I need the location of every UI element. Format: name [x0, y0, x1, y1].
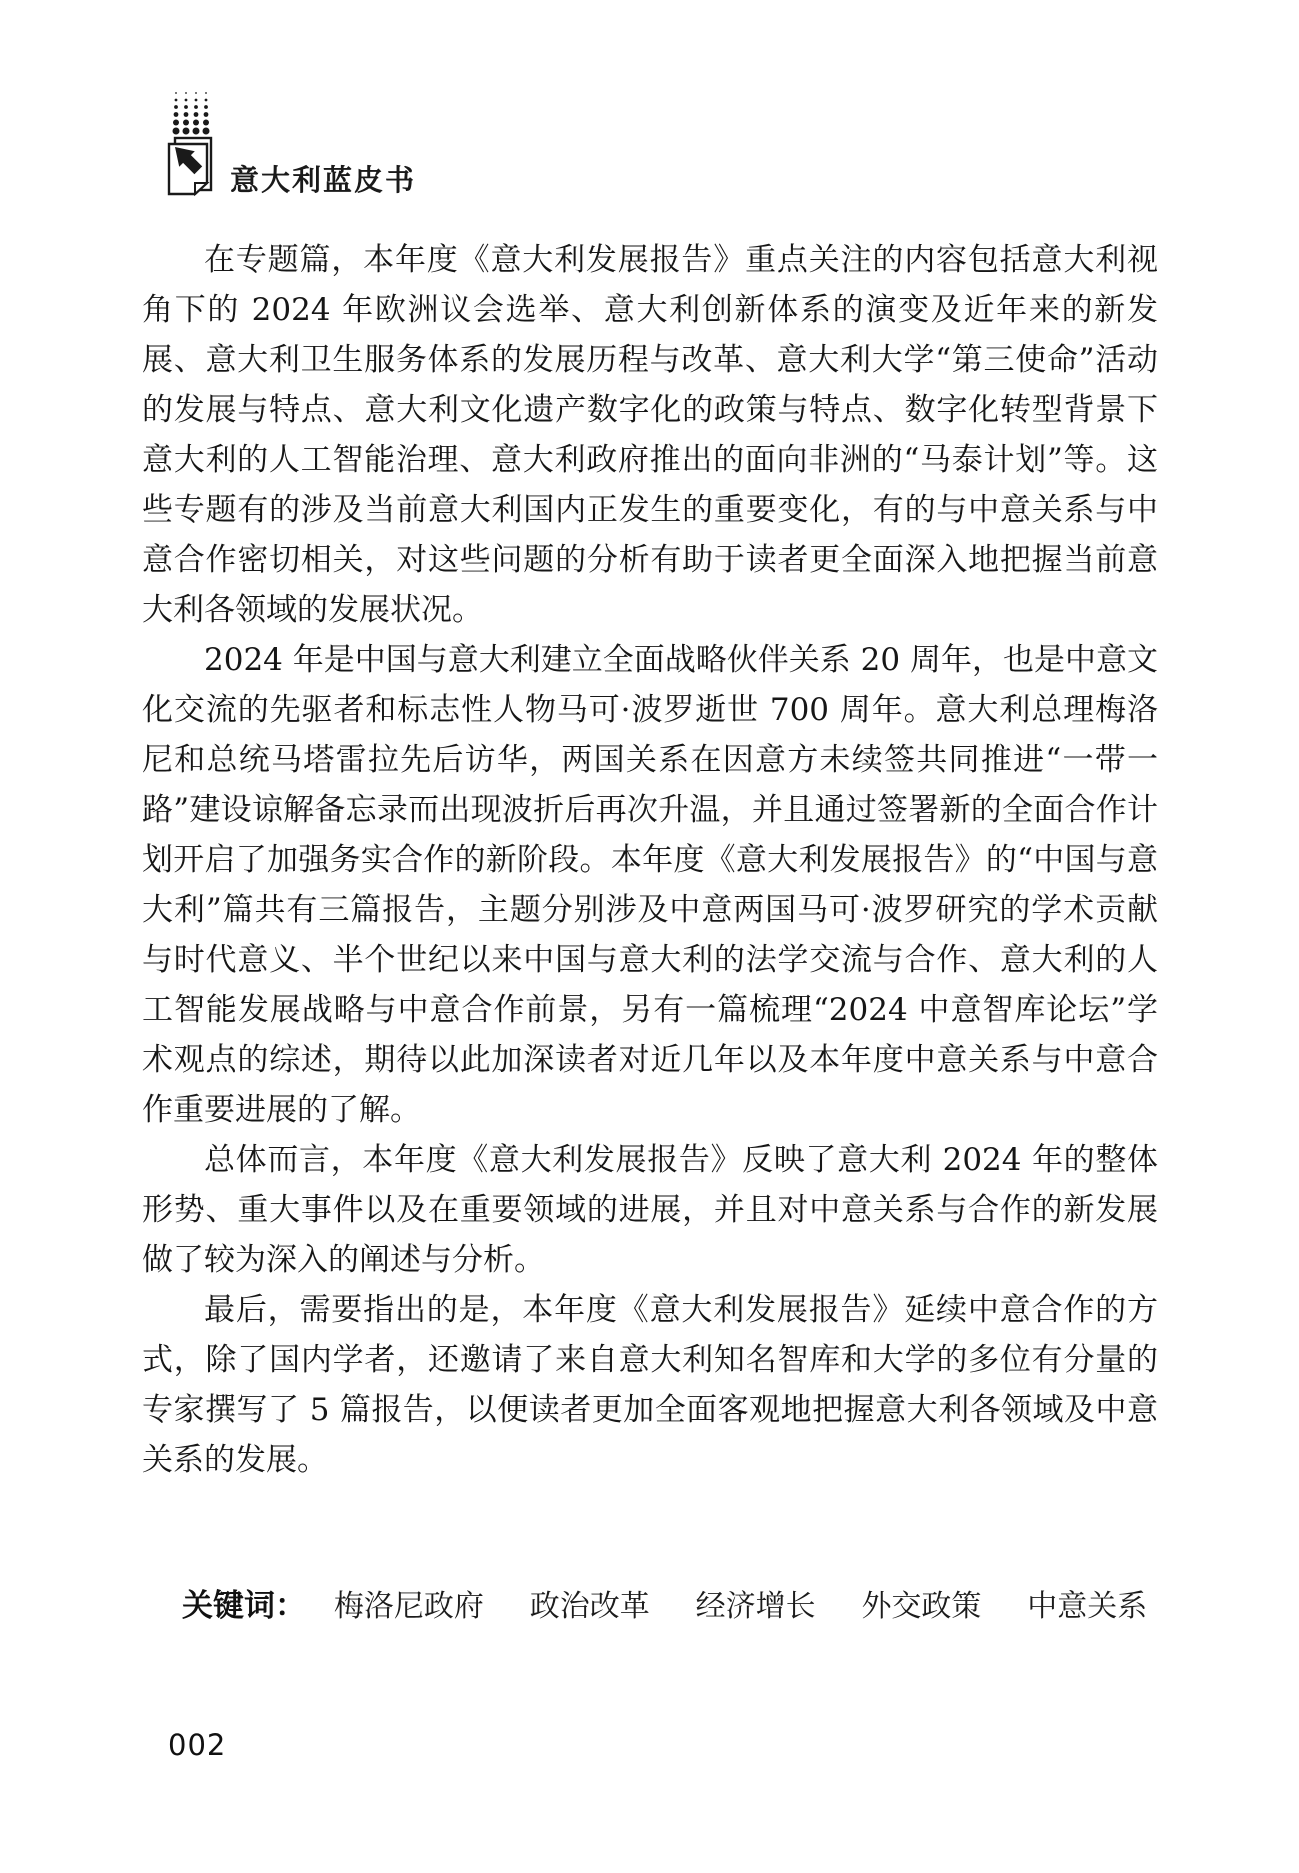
paragraph-2: 2024 年是中国与意大利建立全面战略伙伴关系 20 周年，也是中意文化交流的先… — [142, 635, 1158, 1135]
page-number: 002 — [168, 1728, 226, 1762]
paragraph-1: 在专题篇，本年度《意大利发展报告》重点关注的内容包括意大利视角下的 2024 年… — [142, 235, 1158, 635]
keywords-label: 关键词： — [182, 1588, 306, 1624]
page-body: 在专题篇，本年度《意大利发展报告》重点关注的内容包括意大利视角下的 2024 年… — [142, 235, 1158, 1632]
keyword-item: 梅洛尼政府 — [334, 1589, 484, 1624]
paragraph-4: 最后，需要指出的是，本年度《意大利发展报告》延续中意合作的方式，除了国内学者，还… — [142, 1285, 1158, 1485]
paragraph-3: 总体而言，本年度《意大利发展报告》反映了意大利 2024 年的整体形势、重大事件… — [142, 1135, 1158, 1285]
keyword-item: 中意关系 — [1027, 1589, 1147, 1624]
keyword-item: 经济增长 — [696, 1589, 816, 1624]
document-page: 意大利蓝皮书 在专题篇，本年度《意大利发展报告》重点关注的内容包括意大利视角下的… — [0, 0, 1299, 1873]
keywords-line: 关键词： 梅洛尼政府 政治改革 经济增长 外交政策 中意关系 — [142, 1581, 1158, 1632]
keyword-item: 外交政策 — [861, 1589, 981, 1624]
keyword-item: 政治改革 — [530, 1589, 650, 1624]
logo-page-arrow-icon — [167, 136, 213, 200]
logo-dots-icon — [172, 91, 210, 135]
brand-title: 意大利蓝皮书 — [230, 158, 416, 199]
